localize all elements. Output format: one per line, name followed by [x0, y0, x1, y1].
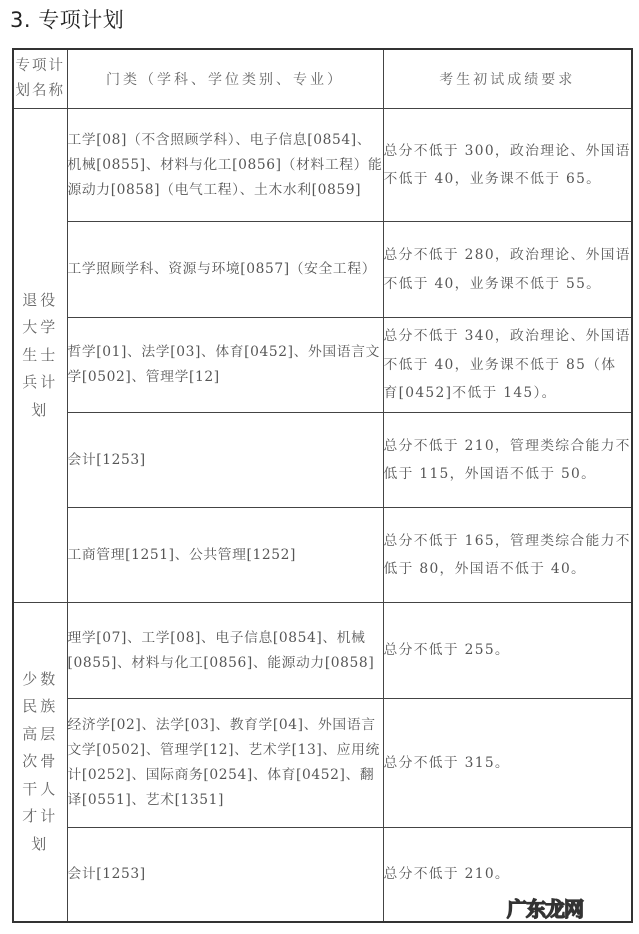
- requirement-cell: 总分不低于 280，政治理论、外国语不低于 40，业务课不低于 55。: [383, 222, 632, 318]
- table-row: 少数民族高层次骨干人才计划 理学[07]、工学[08]、电子信息[0854]、机…: [13, 603, 632, 699]
- table-header-row: 专项计划名称 门类（学科、学位类别、专业） 考生初试成绩要求: [13, 49, 632, 109]
- requirement-cell: 总分不低于 165，管理类综合能力不低于 80，外国语不低于 40。: [383, 508, 632, 603]
- table-row: 工学照顾学科、资源与环境[0857]（安全工程） 总分不低于 280，政治理论、…: [13, 222, 632, 318]
- category-cell: 工学[08]（不含照顾学科）、电子信息[0854]、机械[0855]、材料与化工…: [67, 109, 383, 222]
- requirement-cell: 总分不低于 210，管理类综合能力不低于 115，外国语不低于 50。: [383, 413, 632, 508]
- table-row: 工商管理[1251]、公共管理[1252] 总分不低于 165，管理类综合能力不…: [13, 508, 632, 603]
- plan-name-minority: 少数民族高层次骨干人才计划: [13, 603, 67, 922]
- table-row: 会计[1253] 总分不低于 210，管理类综合能力不低于 115，外国语不低于…: [13, 413, 632, 508]
- header-category: 门类（学科、学位类别、专业）: [67, 49, 383, 109]
- requirement-cell: 总分不低于 315。: [383, 699, 632, 828]
- requirement-cell: 总分不低于 340，政治理论、外国语不低于 40，业务课不低于 85（体育[04…: [383, 318, 632, 413]
- table-row: 哲学[01]、法学[03]、体育[0452]、外国语言文学[0502]、管理学[…: [13, 318, 632, 413]
- special-plan-table: 专项计划名称 门类（学科、学位类别、专业） 考生初试成绩要求 退役大学生士兵计划…: [12, 48, 633, 923]
- category-cell: 会计[1253]: [67, 413, 383, 508]
- category-cell: 会计[1253]: [67, 828, 383, 922]
- header-plan-name: 专项计划名称: [13, 49, 67, 109]
- category-cell: 经济学[02]、法学[03]、教育学[04]、外国语言文学[0502]、管理学[…: [67, 699, 383, 828]
- table-row: 退役大学生士兵计划 工学[08]（不含照顾学科）、电子信息[0854]、机械[0…: [13, 109, 632, 222]
- category-cell: 理学[07]、工学[08]、电子信息[0854]、机械[0855]、材料与化工[…: [67, 603, 383, 699]
- table-row: 经济学[02]、法学[03]、教育学[04]、外国语言文学[0502]、管理学[…: [13, 699, 632, 828]
- requirement-cell: 总分不低于 255。: [383, 603, 632, 699]
- category-cell: 哲学[01]、法学[03]、体育[0452]、外国语言文学[0502]、管理学[…: [67, 318, 383, 413]
- header-requirement: 考生初试成绩要求: [383, 49, 632, 109]
- plan-name-veterans: 退役大学生士兵计划: [13, 109, 67, 603]
- category-cell: 工商管理[1251]、公共管理[1252]: [67, 508, 383, 603]
- section-title: 3. 专项计划: [10, 4, 124, 34]
- site-watermark: 广东龙网: [507, 893, 583, 922]
- category-cell: 工学照顾学科、资源与环境[0857]（安全工程）: [67, 222, 383, 318]
- requirement-cell: 总分不低于 300，政治理论、外国语不低于 40，业务课不低于 65。: [383, 109, 632, 222]
